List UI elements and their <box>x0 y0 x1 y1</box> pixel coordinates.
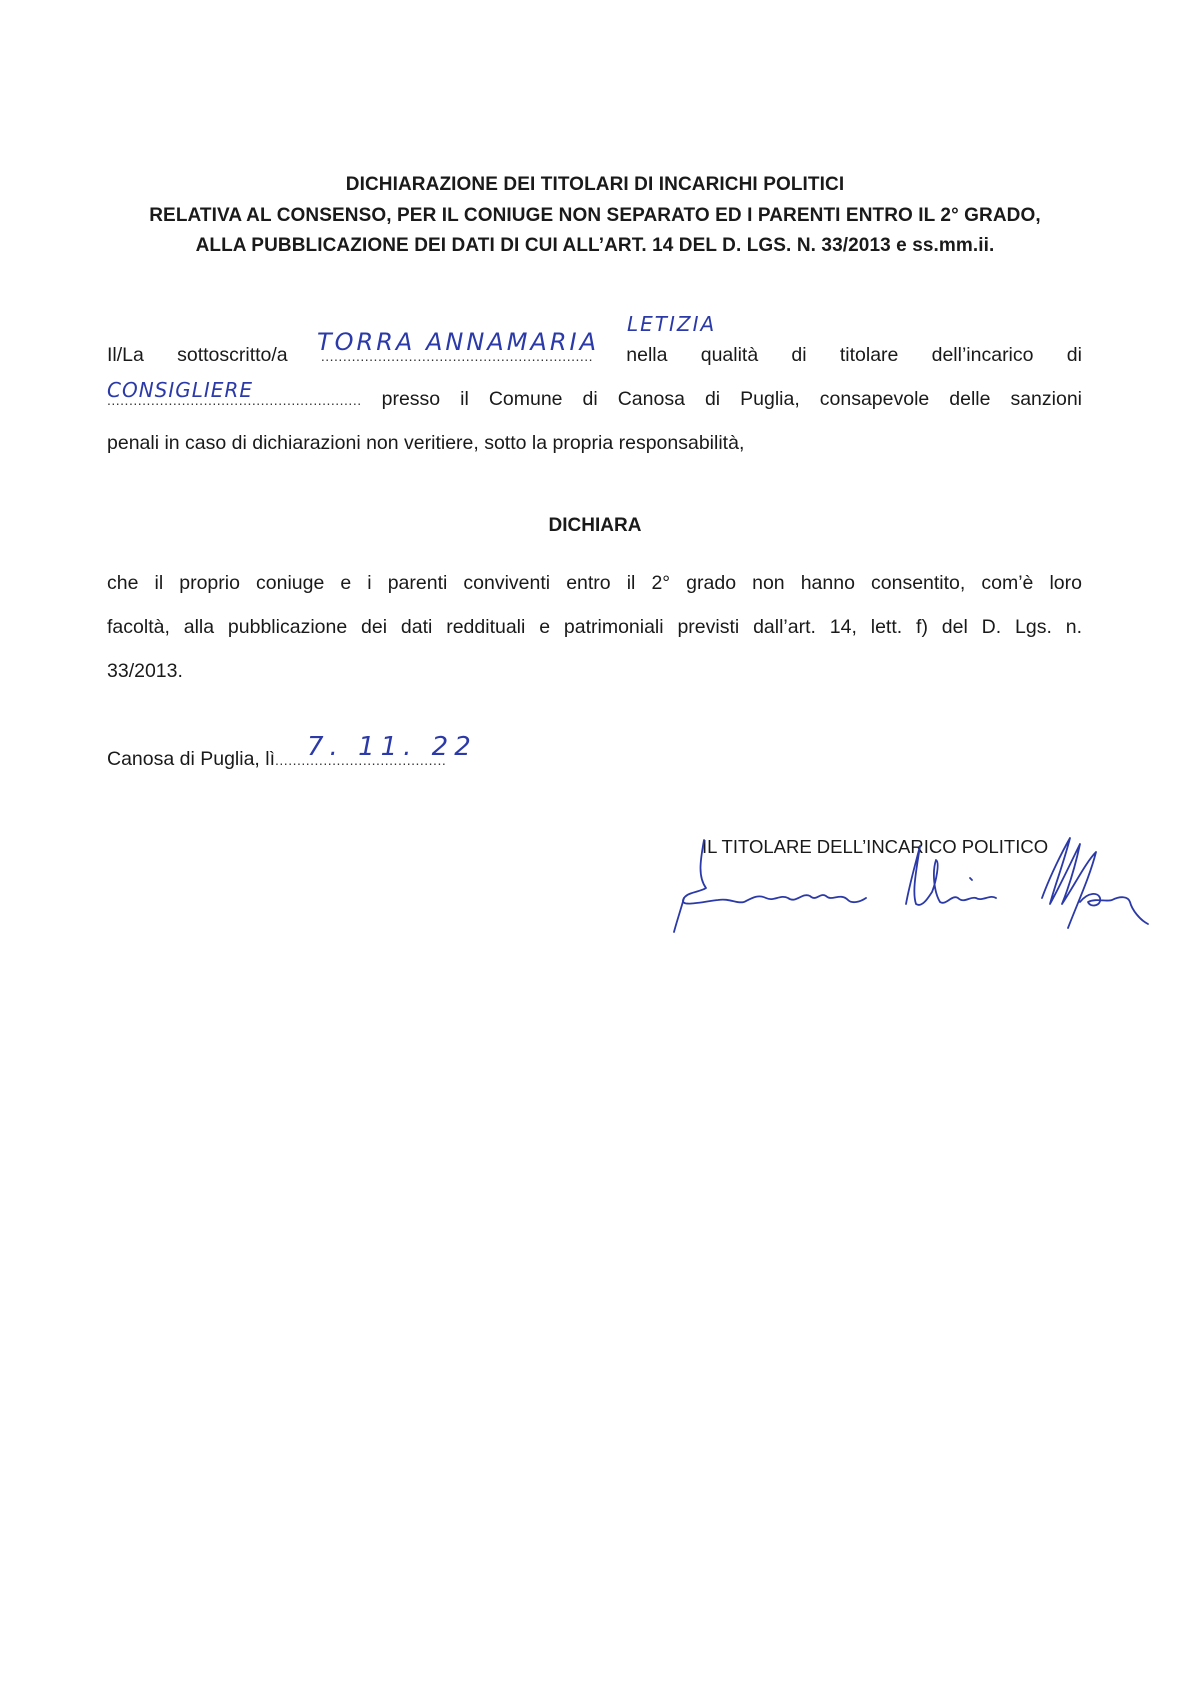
document-title-line-1: DICHIARAZIONE DEI TITOLARI DI INCARICHI … <box>0 174 1190 196</box>
body-line-2: facoltà, alla pubblicazione dei dati red… <box>107 616 1082 639</box>
body-line-3: 33/2013. <box>107 660 1082 683</box>
intro-word: di <box>705 388 720 411</box>
intro-line-2: ........................................… <box>107 388 1082 411</box>
intro-word: di <box>791 344 806 367</box>
intro-word: Il/La <box>107 344 144 367</box>
intro-paragraph: Il/La sottoscritto/a ...................… <box>107 300 1082 460</box>
intro-word: Puglia, <box>740 388 800 411</box>
handwritten-name: TORRA ANNAMARIA <box>317 328 599 356</box>
document-title-line-3: ALLA PUBBLICAZIONE DEI DATI DI CUI ALL’A… <box>0 235 1190 257</box>
date-label-wrap: Canosa di Puglia, lì....................… <box>107 748 1082 771</box>
date-label: Canosa di Puglia, lì <box>107 748 275 770</box>
intro-word: sanzioni <box>1010 388 1082 411</box>
intro-word: Canosa <box>618 388 685 411</box>
intro-word: consapevole <box>820 388 930 411</box>
intro-word: qualità <box>701 344 758 367</box>
intro-line-3: penali in caso di dichiarazioni non veri… <box>107 432 1082 455</box>
intro-word: nella <box>626 344 667 367</box>
document-title-line-2: RELATIVA AL CONSENSO, PER IL CONIUGE NON… <box>0 205 1190 227</box>
handwritten-date: 7. 11. 22 <box>307 732 477 762</box>
intro-word: presso <box>382 388 441 411</box>
intro-word: titolare <box>840 344 899 367</box>
handwritten-role: CONSIGLIERE <box>107 378 253 402</box>
intro-word: dell’incarico <box>932 344 1034 367</box>
intro-word: di <box>583 388 598 411</box>
intro-word: il <box>460 388 469 411</box>
intro-word: Comune <box>489 388 563 411</box>
intro-word: delle <box>949 388 990 411</box>
body-line-1: che il proprio coniuge e i parenti convi… <box>107 572 1082 595</box>
handwritten-signature <box>670 832 1170 942</box>
declaration-heading: DICHIARA <box>0 515 1190 537</box>
handwritten-name-extra: LETIZIA <box>627 312 716 336</box>
intro-word: di <box>1067 344 1082 367</box>
intro-word: sottoscritto/a <box>177 344 288 367</box>
date-line: Canosa di Puglia, lì....................… <box>107 748 1082 788</box>
